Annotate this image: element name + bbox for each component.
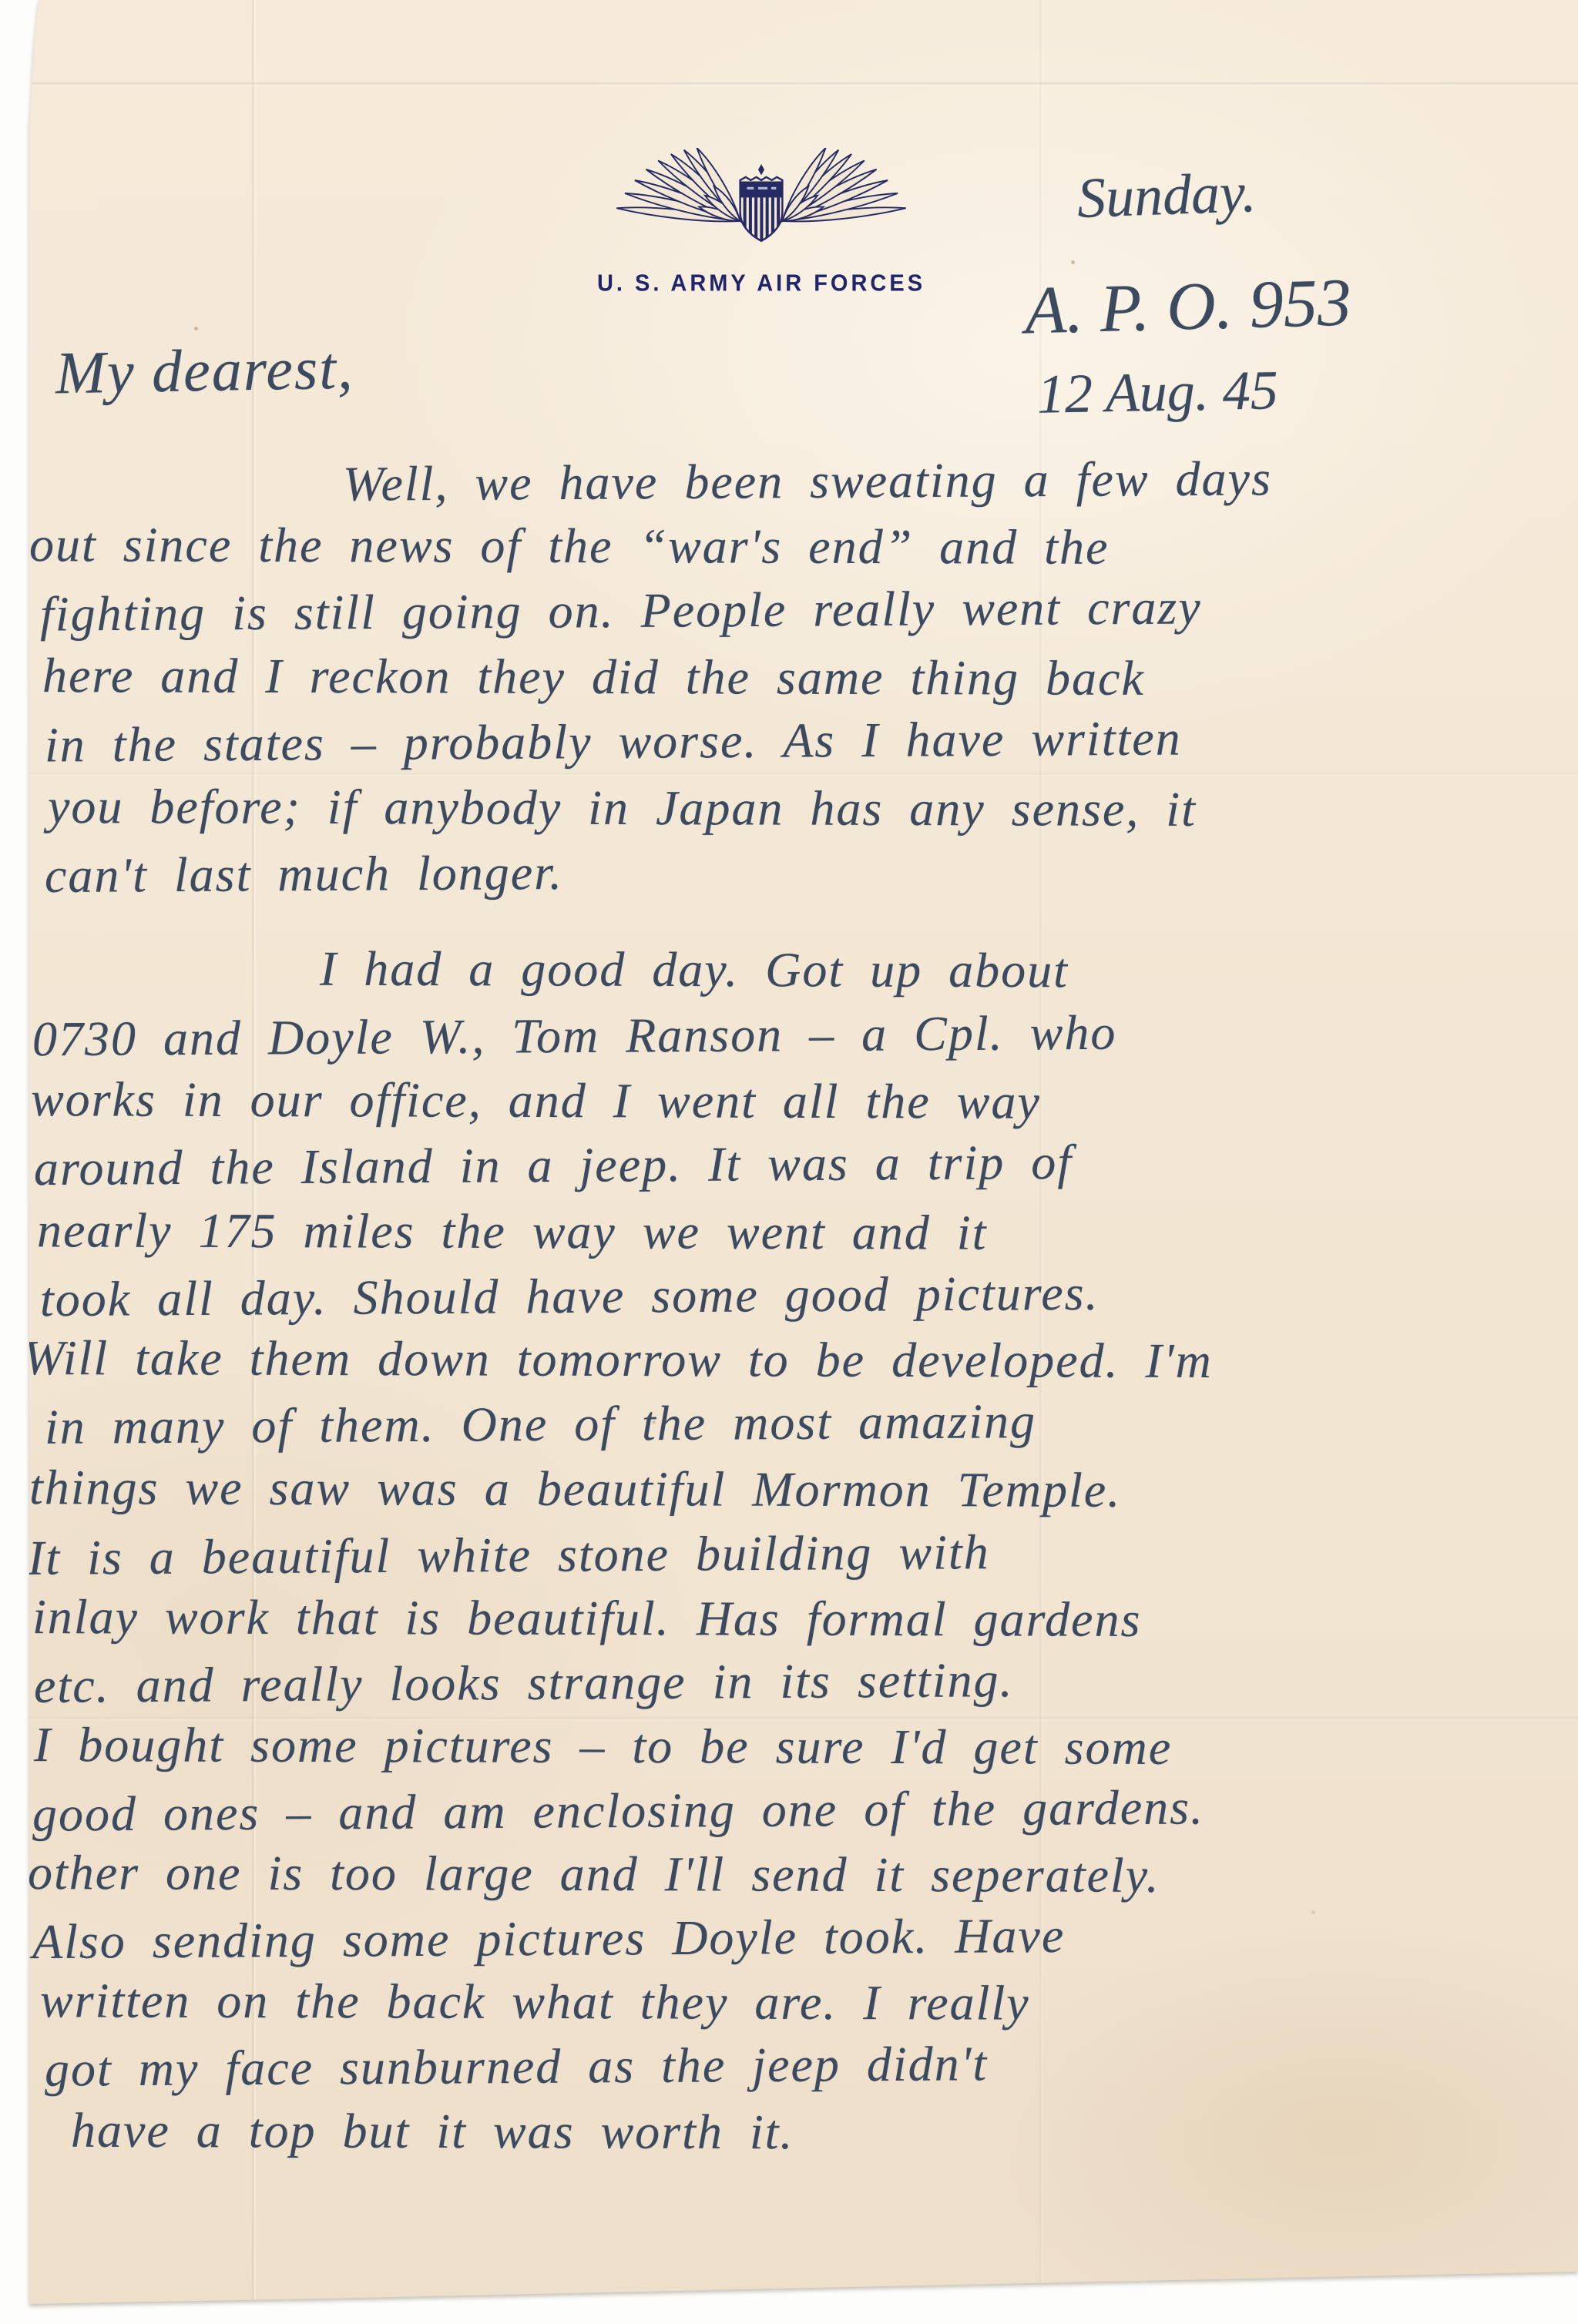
- paper-speck: [1071, 260, 1075, 264]
- letter-line: got my face sunburned as the jeep didn't: [45, 2035, 989, 2098]
- letter-line: I had a good day. Got up about: [320, 941, 1069, 1000]
- letter-line: have a top but it was worth it.: [71, 2102, 794, 2161]
- letter-line: inlay work that is beautiful. Has formal…: [32, 1588, 1142, 1648]
- fold-crease-middle: [29, 772, 1578, 777]
- dateline-date: 12 Aug. 45: [1036, 358, 1278, 426]
- letter-line: took all day. Should have some good pict…: [40, 1265, 1100, 1328]
- letter-paper: U. S. ARMY AIR FORCES Sunday. A. P. O. 9…: [0, 0, 1578, 2324]
- letter-line: can't last much longer.: [45, 844, 563, 904]
- wing-left: [616, 148, 747, 223]
- letter-line: etc. and really looks strange in its set…: [34, 1652, 1014, 1715]
- star-icon: [758, 164, 764, 176]
- letterhead-org-name: U. S. ARMY AIR FORCES: [546, 270, 977, 297]
- salutation: My dearest,: [55, 334, 354, 408]
- shield-icon: [740, 177, 783, 241]
- letter-line: written on the back what they are. I rea…: [40, 1972, 1030, 2031]
- usaaf-wings-emblem: [599, 148, 923, 260]
- letter-line: nearly 175 miles the way we went and it: [37, 1202, 988, 1261]
- letter-line: in the states – probably worse. As I hav…: [45, 709, 1182, 773]
- dateline-day: Sunday.: [1076, 160, 1257, 232]
- letter-line: things we saw was a beautiful Mormon Tem…: [29, 1459, 1121, 1519]
- dateline-apo: A. P. O. 953: [1024, 263, 1352, 350]
- fold-crease-top: [29, 82, 1578, 87]
- letter-line: Will take them down tomorrow to be devel…: [23, 1330, 1213, 1390]
- letter-line: other one is too large and I'll send it …: [28, 1844, 1160, 1904]
- letter-line: 0730 and Doyle W., Tom Ranson – a Cpl. w…: [32, 1004, 1117, 1068]
- letter-line: good ones – and am enclosing one of the …: [32, 1779, 1204, 1843]
- letter-line: here and I reckon they did the same thin…: [42, 647, 1145, 707]
- letter-scan: U. S. ARMY AIR FORCES Sunday. A. P. O. 9…: [0, 0, 1578, 2324]
- letter-line: you before; if anybody in Japan has any …: [48, 778, 1197, 838]
- paper-speck: [194, 327, 198, 330]
- letter-line: Well, we have been sweating a few days: [343, 450, 1272, 512]
- letter-line: I bought some pictures – to be sure I'd …: [34, 1716, 1172, 1776]
- letter-line: fighting is still going on. People reall…: [40, 578, 1202, 642]
- letter-line: around the Island in a jeep. It was a tr…: [34, 1134, 1073, 1197]
- letter-line: works in our office, and I went all the …: [31, 1071, 1041, 1130]
- wing-right: [777, 148, 907, 223]
- letter-line: in many of them. One of the most amazing: [45, 1393, 1036, 1456]
- paper-wrapper: U. S. ARMY AIR FORCES Sunday. A. P. O. 9…: [0, 0, 1578, 2324]
- paper-speck: [1311, 1910, 1315, 1914]
- letter-line: Also sending some pictures Doyle took. H…: [32, 1907, 1066, 1970]
- letter-line: It is a beautiful white stone building w…: [28, 1524, 990, 1587]
- letter-line: out since the news of the “war's end” an…: [29, 516, 1110, 576]
